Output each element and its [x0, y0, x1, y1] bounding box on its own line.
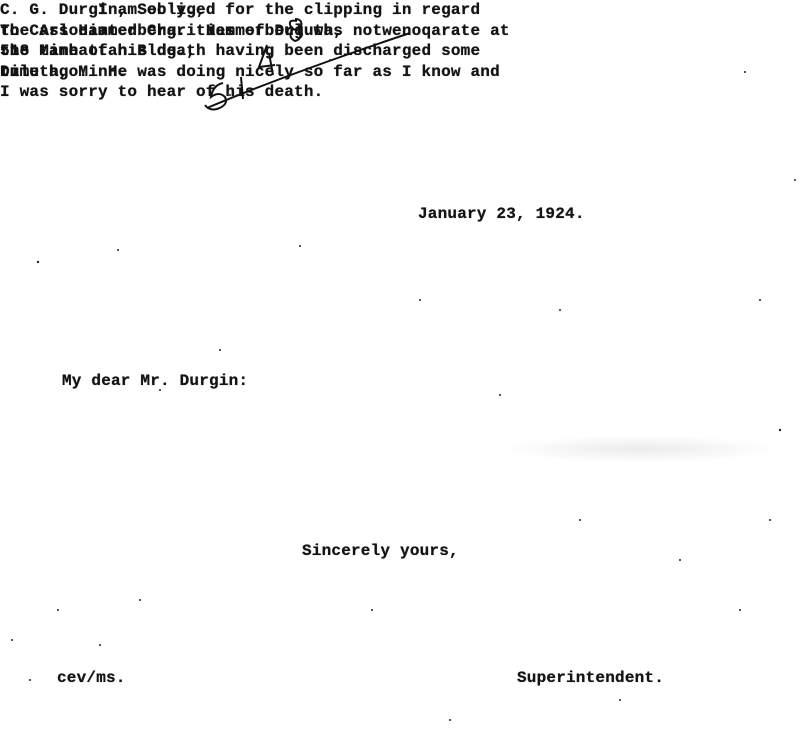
typewriter-smudge — [500, 435, 780, 463]
signature-title: Superintendent. — [517, 668, 664, 689]
body-line: the time of his death having been discha… — [0, 41, 480, 62]
letter-date: January 23, 1924. — [418, 204, 585, 225]
salutation: My dear Mr. Durgin: — [62, 371, 248, 392]
body-line: to Carl Hammerberg. Hammerberg was notwe… — [0, 21, 510, 42]
typist-initials: cev/ms. — [57, 668, 126, 689]
body-line: time ago. He was doing nicely so far as … — [0, 62, 500, 83]
closing: Sincerely yours, — [302, 541, 459, 562]
body-line: I am obliged for the clipping in regard — [0, 0, 480, 21]
body-line: I was sorry to hear of his death. — [0, 82, 323, 103]
